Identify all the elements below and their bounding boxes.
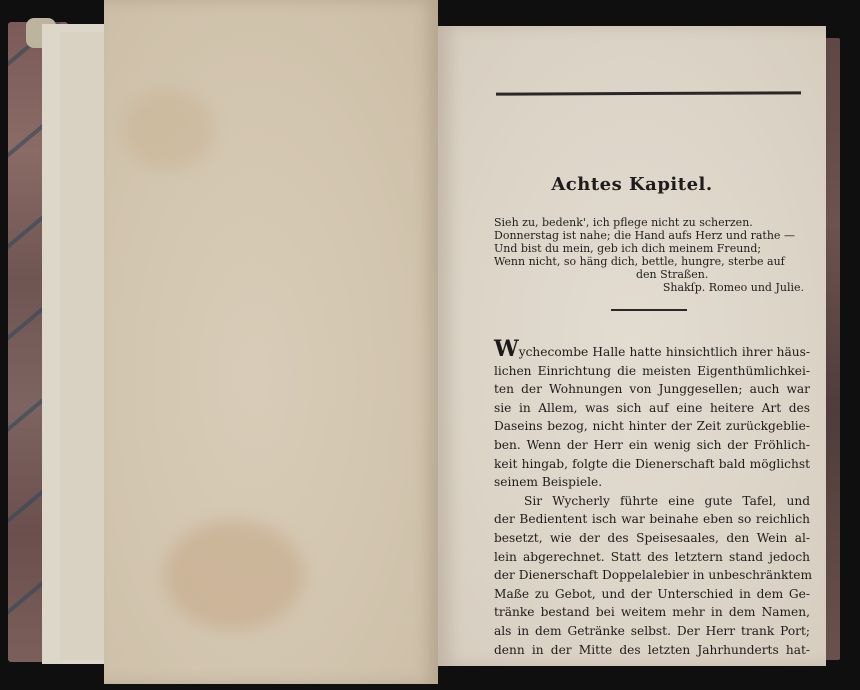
text-line: ben. Wenn der Herr ein wenig sich der Fr… bbox=[494, 436, 810, 455]
text-line: sie in Allem, was sich auf eine heitere … bbox=[494, 399, 810, 418]
right-page: Achtes Kapitel. Sieh zu, bedenk', ich pf… bbox=[438, 26, 826, 666]
text-line: der Bedientent isch war beinahe eben so … bbox=[494, 510, 810, 529]
text-line: lichen Einrichtung die meisten Eigenthüm… bbox=[494, 362, 810, 381]
text-line: tränke bestand bei weitem mehr in dem Na… bbox=[494, 603, 810, 622]
epigraph-line: Und bist du mein, geb ich dich meinem Fr… bbox=[494, 242, 808, 255]
text-line: keit hingab, folgte die Dienerschaft bal… bbox=[494, 455, 810, 474]
header-rule bbox=[496, 91, 801, 95]
text-line: denn in der Mitte des letzten Jahrhunder… bbox=[494, 641, 810, 660]
epigraph-attribution: Shakſp. Romeo und Julie. bbox=[494, 281, 808, 294]
text-line: Wychecombe Halle hatte hinsichtlich ihre… bbox=[494, 340, 810, 362]
epigraph-line: Donnerstag ist nahe; die Hand aufs Herz … bbox=[494, 229, 808, 242]
epigraph: Sieh zu, bedenk', ich pflege nicht zu sc… bbox=[494, 216, 808, 294]
left-page-blank bbox=[104, 0, 438, 684]
dropcap: W bbox=[494, 336, 519, 362]
body-text: Wychecombe Halle hatte hinsichtlich ihre… bbox=[494, 340, 810, 659]
epigraph-line: Sieh zu, bedenk', ich pflege nicht zu sc… bbox=[494, 216, 808, 229]
section-rule bbox=[611, 309, 687, 311]
text-line: seinem Beispiele. bbox=[494, 473, 810, 492]
text-line: als in dem Getränke selbst. Der Herr tra… bbox=[494, 622, 810, 641]
paper-stain bbox=[164, 520, 304, 630]
chapter-title: Achtes Kapitel. bbox=[438, 174, 826, 195]
text-line: lein abgerechnet. Statt des letztern sta… bbox=[494, 548, 810, 567]
text-line: besetzt, wie der des Speisesaales, den W… bbox=[494, 529, 810, 548]
text-line: ten der Wohnungen von Junggesellen; auch… bbox=[494, 380, 810, 399]
text-line: Daseins bezog, nicht hinter der Zeit zur… bbox=[494, 417, 810, 436]
text-line: Maße zu Gebot, und der Unterschied in de… bbox=[494, 585, 810, 604]
text-line: der Dienerschaft Doppelalebier in unbesc… bbox=[494, 566, 810, 585]
epigraph-line: den Straßen. bbox=[494, 268, 808, 281]
paper-stain bbox=[124, 90, 214, 170]
epigraph-line: Wenn nicht, so häng dich, bettle, hungre… bbox=[494, 255, 808, 268]
text-line: Sir Wycherly führte eine gute Tafel, und bbox=[494, 492, 810, 511]
